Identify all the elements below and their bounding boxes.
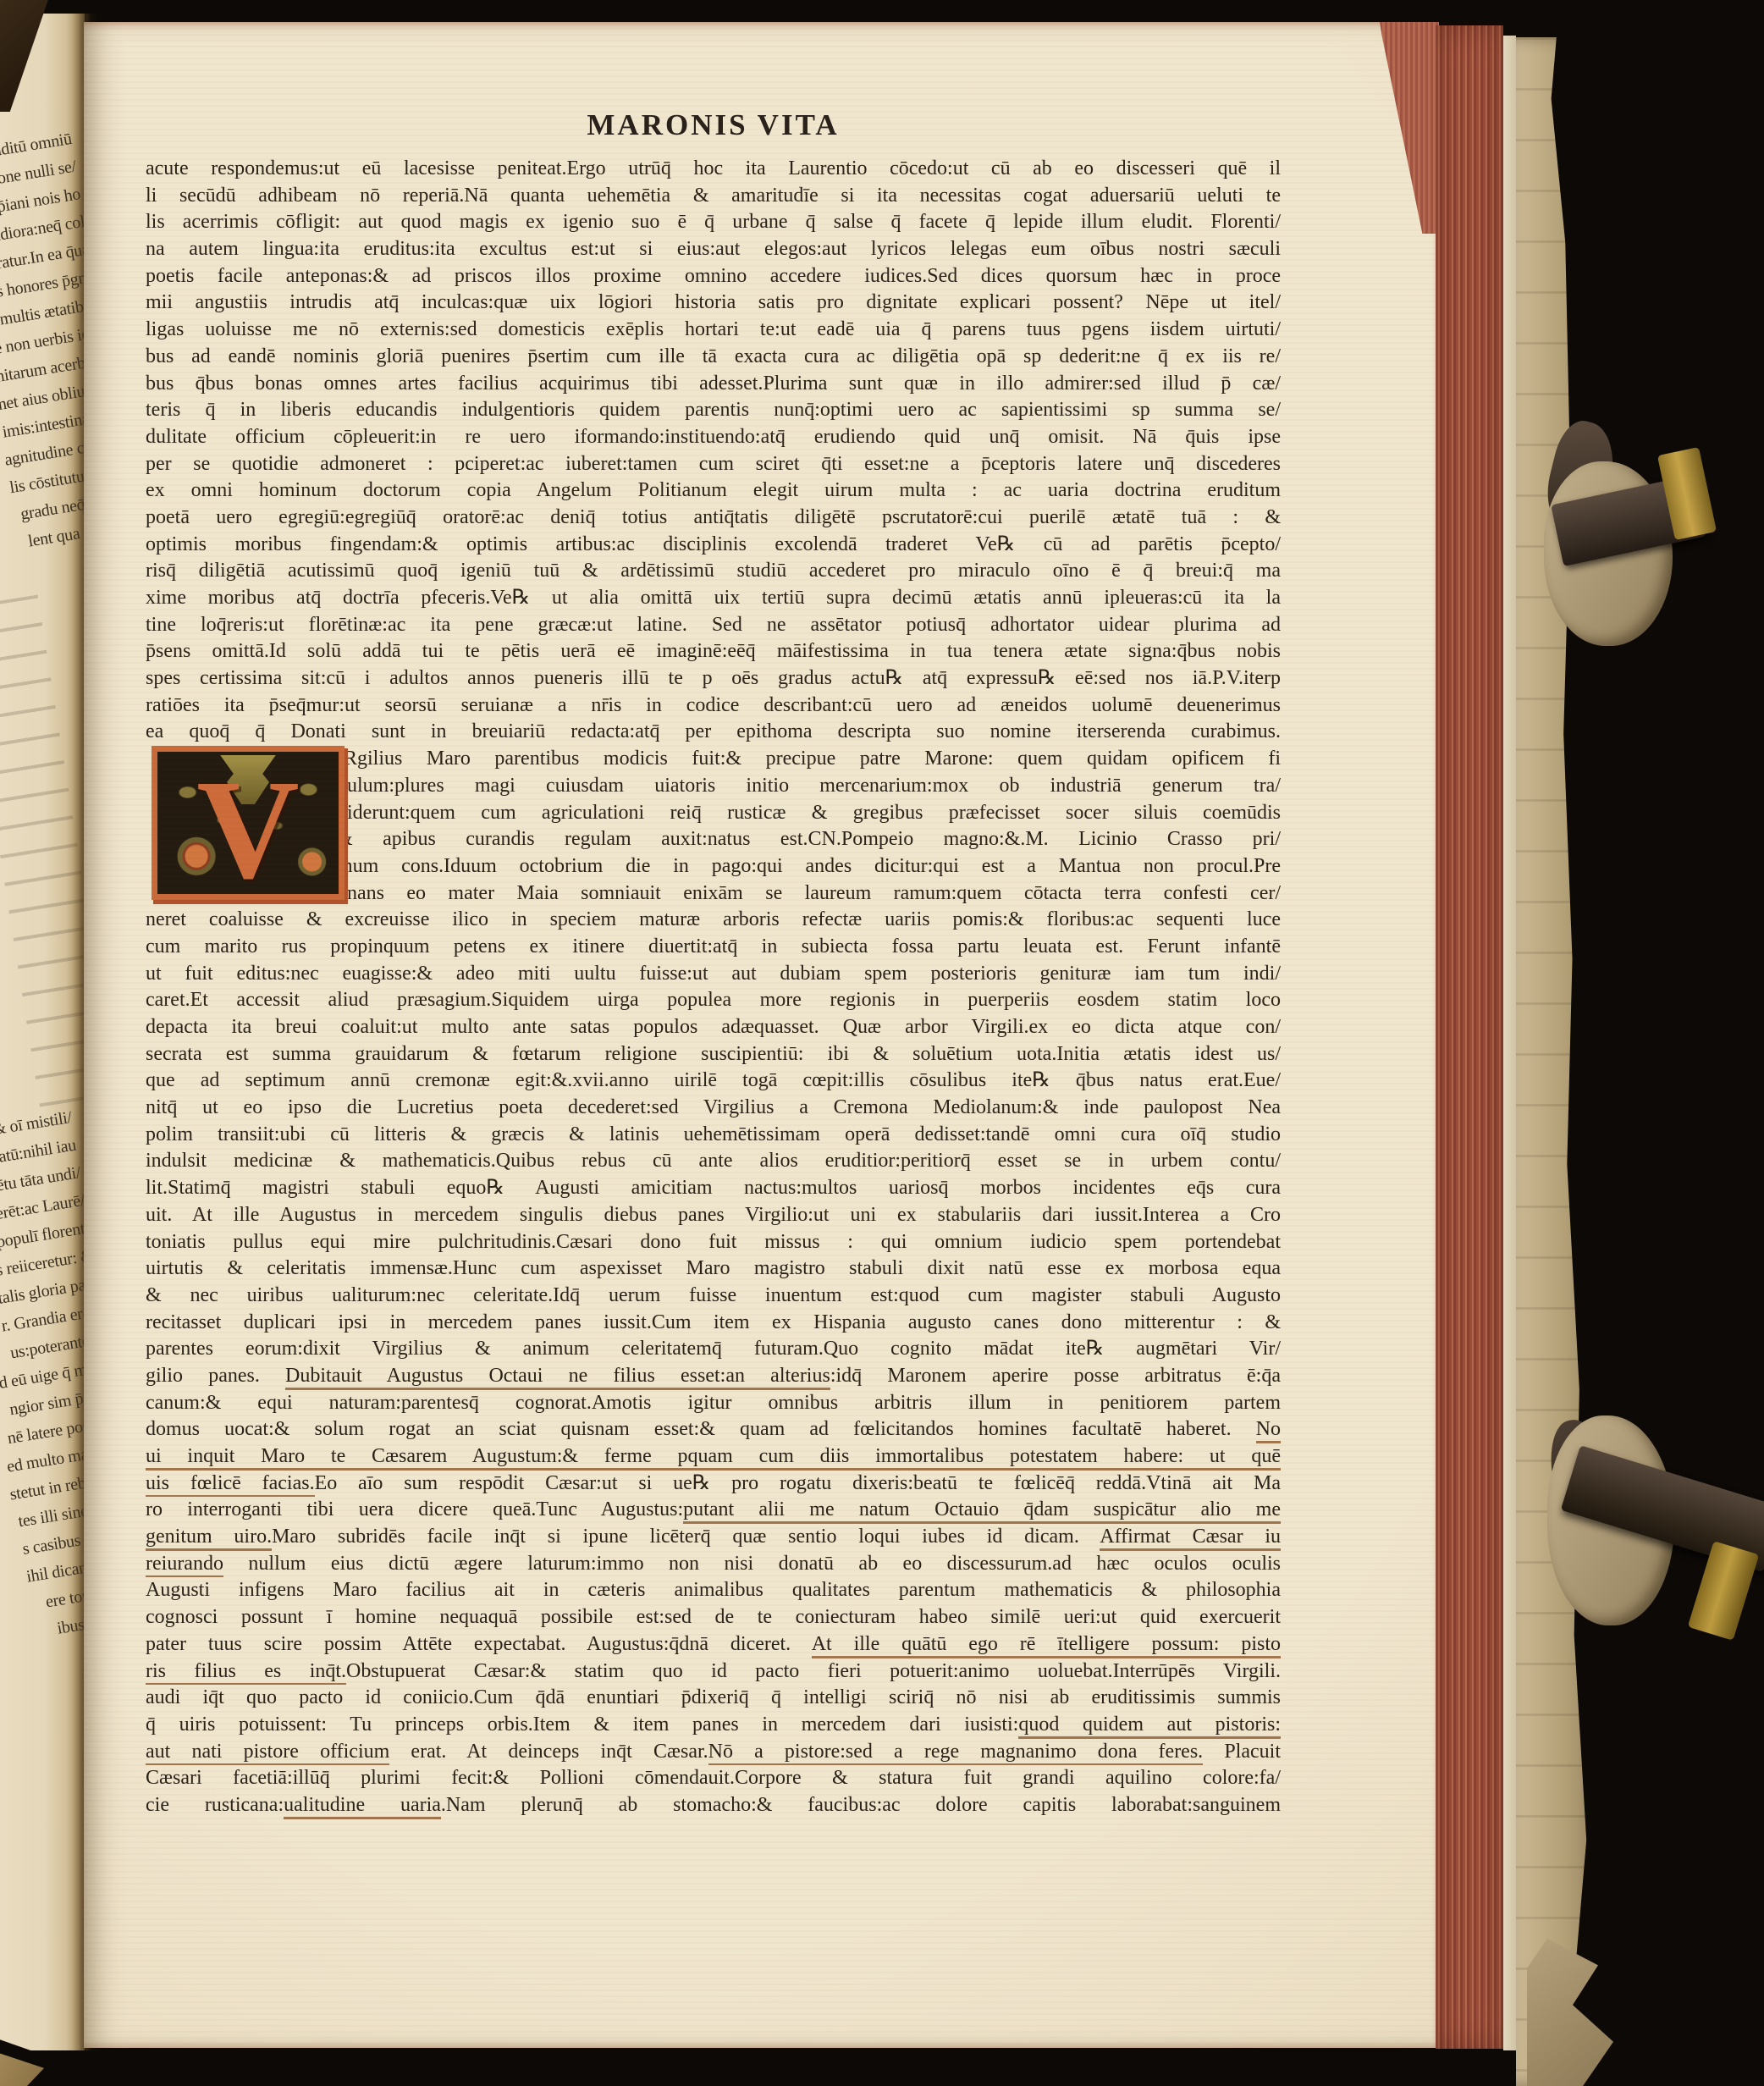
ink-underline: quod quidem aut pistoris: <box>1018 1713 1281 1739</box>
text-line: poetis facile anteponas:& ad priscos ill… <box>146 263 1281 290</box>
text-line: teris q̄ in liberis educandis indulgenti… <box>146 397 1281 424</box>
initial-letter-v: V <box>196 759 299 901</box>
text-line: & nec uiribus ualiturum:nec celeritate.I… <box>146 1283 1281 1310</box>
text-line: ui inquit Maro te Cæsarem Augustum:& fer… <box>146 1443 1281 1471</box>
ink-underline: Nō a pistore:sed a rege magnanimo dona f… <box>708 1741 1204 1766</box>
ink-underline: genitum uiro. <box>146 1526 272 1551</box>
text-line: na autem lingua:ita eruditus:ita excultu… <box>146 236 1281 263</box>
text-line: caret.Et accessit aliud præsagium.Siquid… <box>146 987 1281 1014</box>
text-line: acute respondemus:ut eū lacesisse penite… <box>146 156 1281 183</box>
text-line: uirtutis & celeritatis immensæ.Hunc cum … <box>146 1255 1281 1283</box>
text-line: ris filius es inq̄t.Obstupuerat Cæsar:& … <box>146 1658 1281 1686</box>
text-line: aut nati pistore officium erat. At deinc… <box>146 1739 1281 1766</box>
ink-underline: ui inquit Maro te Cæsarem Augustum:& fer… <box>146 1445 1281 1471</box>
text-line: depacta ita breui coaluit:ut multo ante … <box>146 1014 1281 1041</box>
text-line: polim transiit:ubi cū litteris & græcis … <box>146 1122 1281 1149</box>
text-line: que ad septimum annū cremonæ egit:&.xvii… <box>146 1068 1281 1095</box>
text-line: parentes eorum:dixit Virgilius & animum … <box>146 1336 1281 1363</box>
page-block-gap <box>1503 36 1516 2050</box>
ink-underline: uis fœlicē facias. <box>146 1472 315 1498</box>
illuminated-initial: V <box>157 752 339 894</box>
text-line: audi iq̄t quo pacto id coniicio.Cum q̄dā… <box>146 1685 1281 1712</box>
text-line: Augusti infigens Maro facilius ait in cæ… <box>146 1577 1281 1604</box>
text-line: toniatis pullus equi mire pulchritudinis… <box>146 1229 1281 1256</box>
text-line: ro interroganti tibi uera dicere queā.Tu… <box>146 1497 1281 1524</box>
ink-underline: At ille quātū ego rē ītelligere possum: … <box>812 1633 1281 1658</box>
text-line: nitq̄ ut eo ipso die Lucretius poeta dec… <box>146 1095 1281 1122</box>
text-line: poetā uero egregiū:egregiūq̄ oratorē:ac … <box>146 505 1281 532</box>
text-line: neret coaluisse & excreuisse ilico in sp… <box>146 907 1281 934</box>
fore-edge-red-stained-pages <box>1436 25 1503 2049</box>
text-line: uit. At ille Augustus in mercedem singul… <box>146 1202 1281 1229</box>
text-line: ex omni hominum doctorum copia Angelum P… <box>146 477 1281 505</box>
ink-underline: ualitudine uaria <box>284 1794 441 1819</box>
book-page: MARONIS VITA acute respondemus:ut eū lac… <box>84 22 1436 2048</box>
text-line: risq̄ diligētiā acutissimū quoq̄ igeniū … <box>146 558 1281 585</box>
text-line: tine loq̄reris:ut florētinæ:ac ita pene … <box>146 612 1281 639</box>
text-line: ut fuit editus:nec euagisse:& adeo miti … <box>146 961 1281 988</box>
text-line: p̄sens omittā.Id solū addā tui te pētis … <box>146 638 1281 665</box>
ink-underline: putant alii me natum Octauio q̄dam suspi… <box>683 1498 1281 1524</box>
text-line: canum:& equi naturam:parentesq̄ cognorat… <box>146 1390 1281 1417</box>
text-line: pater tuus scire possim Attēte expectaba… <box>146 1631 1281 1658</box>
text-line: per se quotidie admoneret : pciperet:ac … <box>146 451 1281 478</box>
facing-page-text-fragments-upper: eius inauditū omniūera religione nulli s… <box>0 125 85 606</box>
text-line: indulsit medicinæ & mathematicis.Quibus … <box>146 1148 1281 1175</box>
text-line: ea quoq̄ q̄ Donati sunt in breuiariū red… <box>146 719 1281 746</box>
text-line: q̄ uiris potuissent: Tu princeps orbis.I… <box>146 1712 1281 1739</box>
text-line: xime moribus atq̄ doctrīa pfeceris.Ve℞ u… <box>146 585 1281 612</box>
facing-page-text-ghost <box>0 594 85 1108</box>
text-line: Cæsari facetiā:illūq̄ plurimi fecit:& Po… <box>146 1765 1281 1792</box>
text-line: secrata est summa grauidarum & fœtarum r… <box>146 1041 1281 1068</box>
text-line: ligas uoluisse me nō externis:sed domest… <box>146 317 1281 344</box>
ink-underline: No <box>1256 1418 1281 1443</box>
ink-underline: aut nati pistore officium <box>146 1741 389 1766</box>
text-line: lis acerrimis cōfligit: aut quod magis e… <box>146 209 1281 236</box>
vellum-bottom-tab <box>1527 1939 1629 2086</box>
text-line: optimis moribus fingendam:& optimis arti… <box>146 532 1281 559</box>
text-line: ratiōes ita p̄seq̄mur:ut seorsū seruianæ… <box>146 693 1281 720</box>
text-line: spes certissima sit:cū i adultos annos p… <box>146 665 1281 693</box>
text-line: uis fœlicē facias.Eo aīo sum respōdit Cæ… <box>146 1471 1281 1498</box>
text-line: li secūdū adhibeam nō reperiā.Nā quanta … <box>146 183 1281 210</box>
text-line: gilio panes. Dubitauit Augustus Octaui n… <box>146 1363 1281 1390</box>
text-line: recitasset duplicari ipsi in mercedem pa… <box>146 1310 1281 1337</box>
text-line: cum marito rus propinquum petens ex itin… <box>146 934 1281 961</box>
ink-underline: Affirmat Cæsar iu <box>1100 1526 1281 1551</box>
text-line: lit.Statimq̄ magistri stabuli equo℞ Augu… <box>146 1175 1281 1202</box>
text-line: bus ad eandē nominis gloriā puenires p̄s… <box>146 344 1281 371</box>
ink-underline: ris filius es inq̄t. <box>146 1660 346 1686</box>
body-text-block: acute respondemus:ut eū lacesisse penite… <box>146 156 1281 1819</box>
text-line: mii angustiis intrudis atq̄ inculcas:quæ… <box>146 290 1281 317</box>
text-line: cie rusticana:ualitudine uaria.Nam pleru… <box>146 1792 1281 1819</box>
text-line: domus uocat:& solum rogat an sciat quisn… <box>146 1416 1281 1443</box>
text-line: bus q̄bus bonas omnes artes facilius acq… <box>146 371 1281 398</box>
text-line: dulitate officium cōpleuerit:in re uero … <box>146 424 1281 451</box>
page-title: MARONIS VITA <box>146 108 1281 142</box>
text-line: reiurando nullum eius dictū ægere laturu… <box>146 1551 1281 1578</box>
ink-underline: reiurando <box>146 1553 223 1578</box>
facing-page-edge: eius inauditū omniūera religione nulli s… <box>0 14 85 2050</box>
text-line: cognosci possunt ī homine nequaquā possi… <box>146 1604 1281 1631</box>
ink-underline: Dubitauit Augustus Octaui ne filius esse… <box>285 1365 830 1390</box>
vellum-cover-edge <box>1516 37 1604 2086</box>
facing-page-text-fragments-lower: & oī mistili/iteratū:nihil iaudētu tāta … <box>0 1104 85 1668</box>
text-line: genitum uiro.Maro subridēs facile inq̄t … <box>146 1524 1281 1551</box>
lower-clasp-brass-catch <box>1688 1541 1760 1641</box>
